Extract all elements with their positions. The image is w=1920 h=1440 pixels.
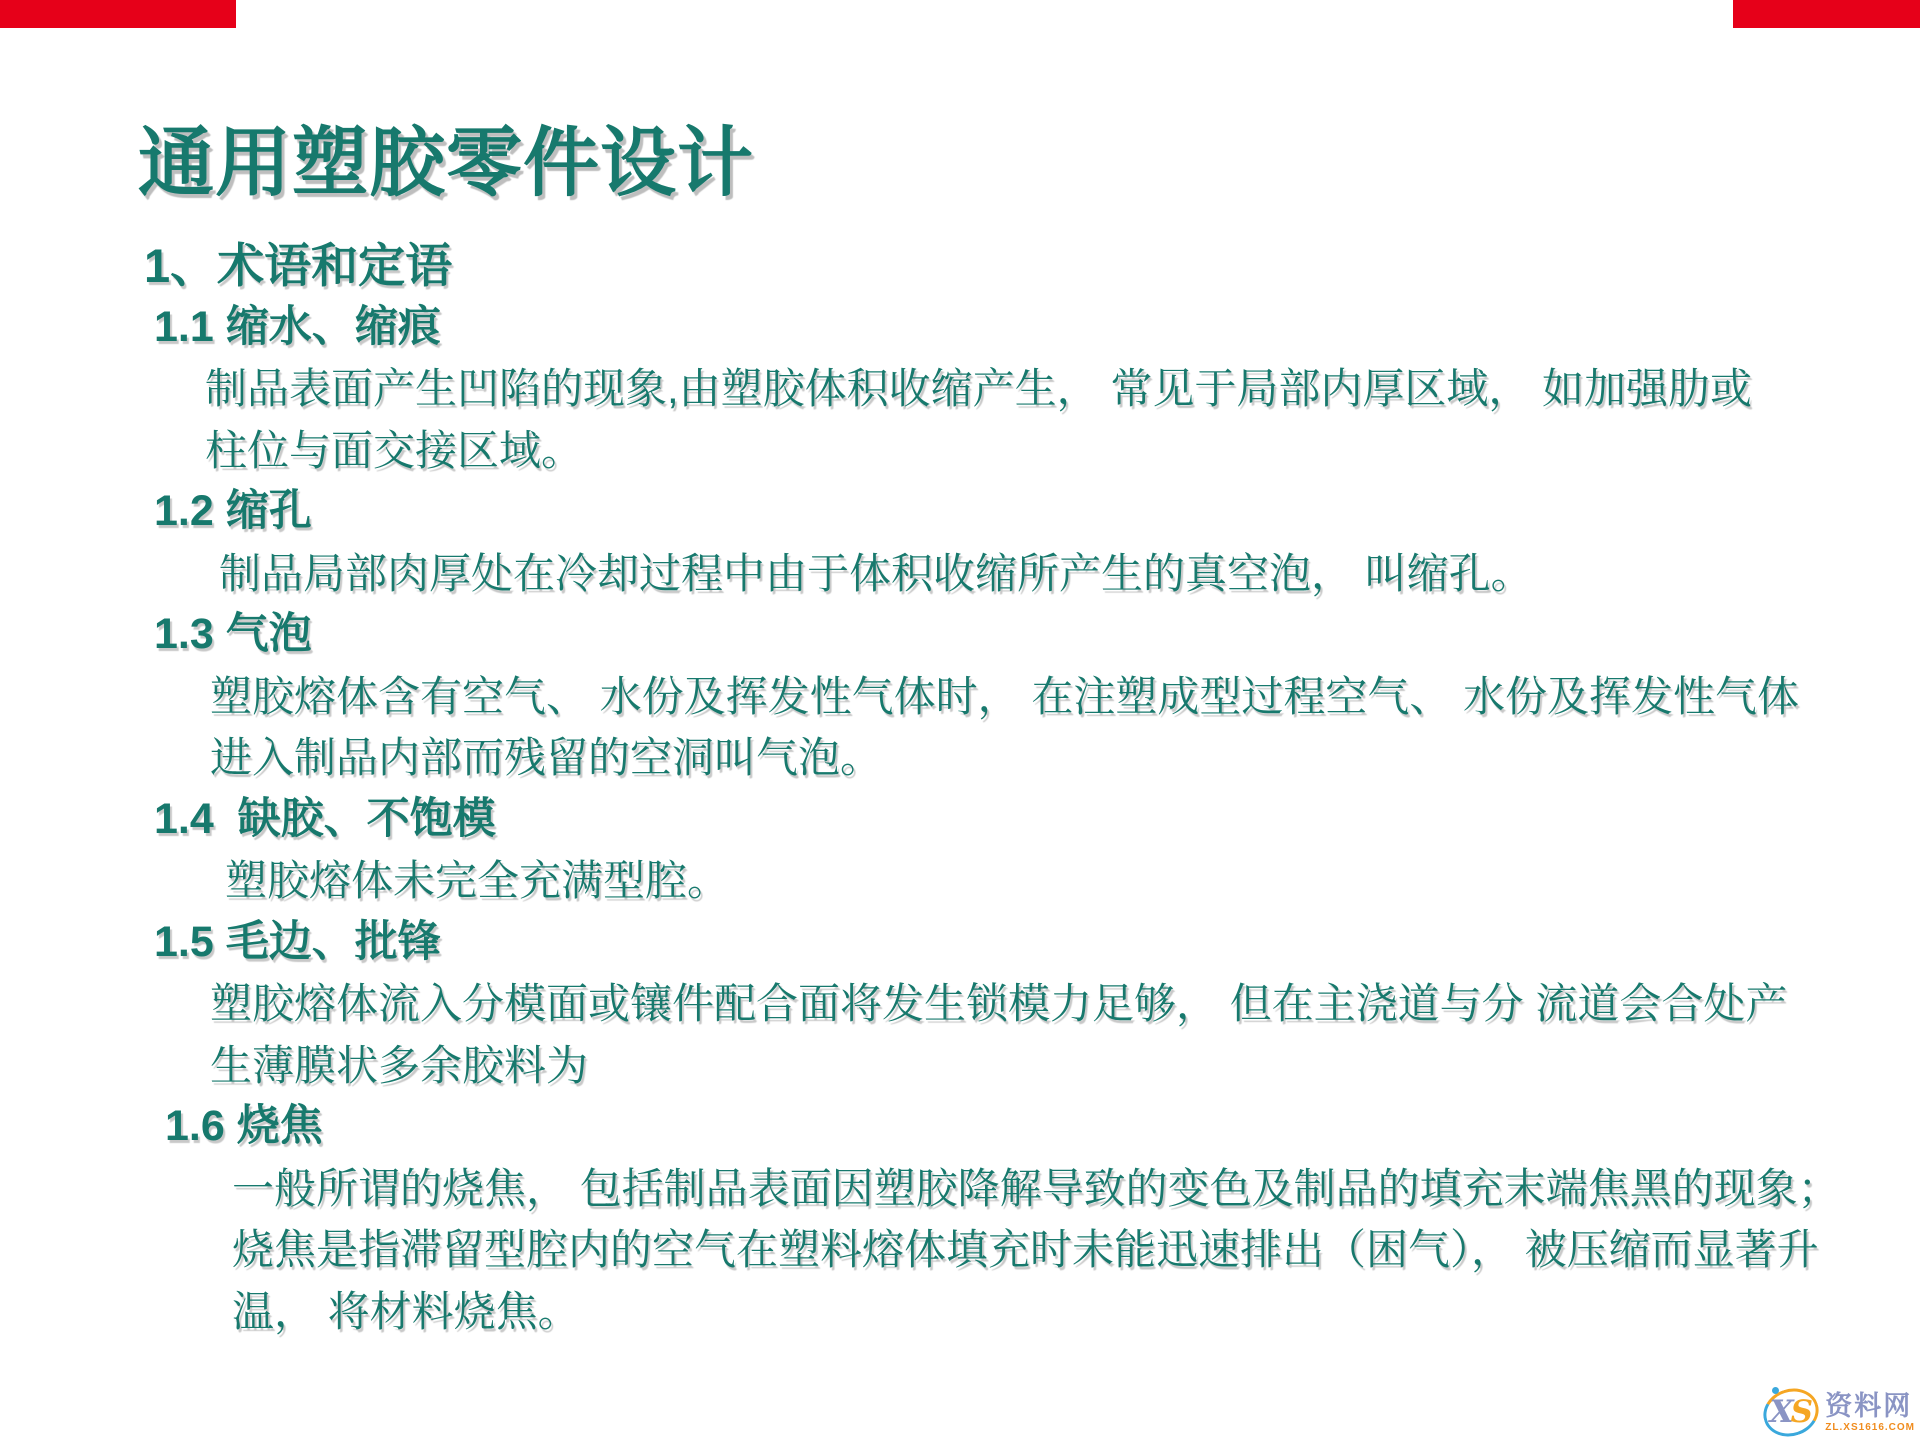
xs-logo-icon: XS — [1763, 1389, 1819, 1436]
term-heading: 1.1 缩水、缩痕 — [154, 297, 1920, 359]
term-heading: 1.6 烧焦 — [165, 1096, 1920, 1158]
xs-logo-letters: XS — [1763, 1389, 1819, 1436]
term-section-burn: 1.6 烧焦 一般所谓的烧焦， 包括制品表面因塑胶降解导致的变色及制品的填充末端… — [0, 1096, 1920, 1342]
term-definition-line: 生薄膜状多余胶料为 — [210, 1035, 1920, 1097]
term-definition-line: 进入制品内部而残留的空洞叫气泡。 — [210, 727, 1920, 789]
definitions-content: 1、术语和定语 1.1 缩水、缩痕 制品表面产生凹陷的现象,由塑胶体积收缩产生，… — [0, 235, 1920, 1342]
term-heading: 1.2 缩孔 — [154, 481, 1920, 543]
watermark-site-url: ZL.XS1616.COM — [1825, 1422, 1915, 1433]
watermark-text: 资料网 ZL.XS1616.COM — [1825, 1392, 1915, 1432]
term-definition-line: 塑胶熔体未完全充满型腔。 — [225, 850, 1920, 912]
term-definition-line: 制品局部肉厚处在冷却过程中由于体积收缩所产生的真空泡， 叫缩孔。 — [219, 543, 1920, 605]
term-definition-line: 塑胶熔体含有空气、 水份及挥发性气体时， 在注塑成型过程空气、 水份及挥发性气体 — [210, 666, 1920, 728]
term-definition-line: 一般所谓的烧焦， 包括制品表面因塑胶降解导致的变色及制品的填充末端焦黑的现象； — [232, 1158, 1920, 1220]
term-definition-line: 烧焦是指滞留型腔内的空气在塑料熔体填充时未能迅速排出（困气）， 被压缩而显著升 — [232, 1219, 1920, 1281]
term-definition-line: 制品表面产生凹陷的现象,由塑胶体积收缩产生， 常见于局部内厚区域， 如加强肋或 — [205, 358, 1920, 420]
term-section-shrink-hole: 1.2 缩孔 制品局部肉厚处在冷却过程中由于体积收缩所产生的真空泡， 叫缩孔。 — [0, 481, 1920, 604]
term-definition-line: 温， 将材料烧焦。 — [232, 1281, 1920, 1343]
term-section-bubble: 1.3 气泡 塑胶熔体含有空气、 水份及挥发性气体时， 在注塑成型过程空气、 水… — [0, 604, 1920, 789]
term-heading: 1.5 毛边、批锋 — [154, 912, 1920, 974]
page-title: 通用塑胶零件设计 — [138, 126, 754, 202]
term-heading: 1.3 气泡 — [154, 604, 1920, 666]
term-section-short-shot: 1.4 缺胶、不饱模 塑胶熔体未完全充满型腔。 — [0, 789, 1920, 912]
term-definition-line: 柱位与面交接区域。 — [205, 420, 1920, 482]
term-heading: 1.4 缺胶、不饱模 — [154, 789, 1920, 851]
top-left-red-bar — [0, 0, 236, 28]
watermark: XS 资料网 ZL.XS1616.COM — [1763, 1389, 1915, 1436]
term-definition-line: 塑胶熔体流入分模面或镶件配合面将发生锁模力足够， 但在主浇道与分 流道会合处产 — [210, 973, 1920, 1035]
term-section-shrink-mark: 1.1 缩水、缩痕 制品表面产生凹陷的现象,由塑胶体积收缩产生， 常见于局部内厚… — [0, 297, 1920, 482]
top-right-red-bar — [1733, 0, 1920, 28]
terms-section-heading: 1、术语和定语 — [144, 235, 1920, 297]
term-section-flash: 1.5 毛边、批锋 塑胶熔体流入分模面或镶件配合面将发生锁模力足够， 但在主浇道… — [0, 912, 1920, 1097]
watermark-site-name: 资料网 — [1825, 1392, 1912, 1420]
